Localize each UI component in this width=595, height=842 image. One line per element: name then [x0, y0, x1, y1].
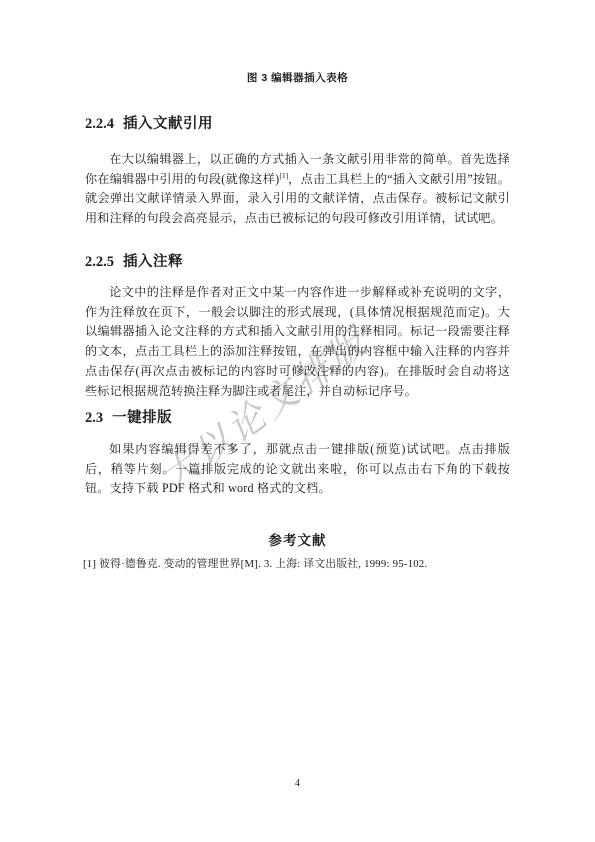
document-page: 大以论文排版 图 3 编辑器插入表格 2.2.4插入文献引用 在大以编辑器上，以…	[0, 0, 595, 842]
section-heading-2-3: 2.3一键排版	[85, 410, 510, 426]
references-heading: 参考文献	[0, 529, 595, 549]
citation-marker: [1]	[279, 171, 288, 180]
section-heading-2-2-4: 2.2.4插入文献引用	[85, 116, 510, 132]
paragraph-one-click-layout: 如果内容编辑得差不多了，那就点击一键排版(预览)试试吧。点击排版后，稍等片刻。一…	[85, 440, 510, 499]
section-title: 插入注释	[123, 254, 183, 270]
paragraph-insert-citation: 在大以编辑器上，以正确的方式插入一条文献引用非常的简单。首先选择你在编辑器中引用…	[85, 150, 510, 229]
section-number: 2.3	[85, 410, 103, 426]
section-number: 2.2.4	[85, 116, 114, 132]
paragraph-insert-footnote: 论文中的注释是作者对正文中某一内容作进一步解释或补充说明的文字，作为注释放在页下…	[85, 283, 510, 401]
reference-item: [1] 彼得·德鲁克. 变动的管理世界[M]. 3. 上海: 译文出版社, 19…	[83, 556, 510, 572]
figure-caption: 图 3 编辑器插入表格	[0, 70, 595, 85]
section-number: 2.2.5	[85, 254, 114, 270]
section-title: 一键排版	[112, 410, 172, 426]
page-number: 4	[0, 778, 595, 789]
section-heading-2-2-5: 2.2.5插入注释	[85, 254, 510, 270]
section-title: 插入文献引用	[123, 116, 213, 132]
